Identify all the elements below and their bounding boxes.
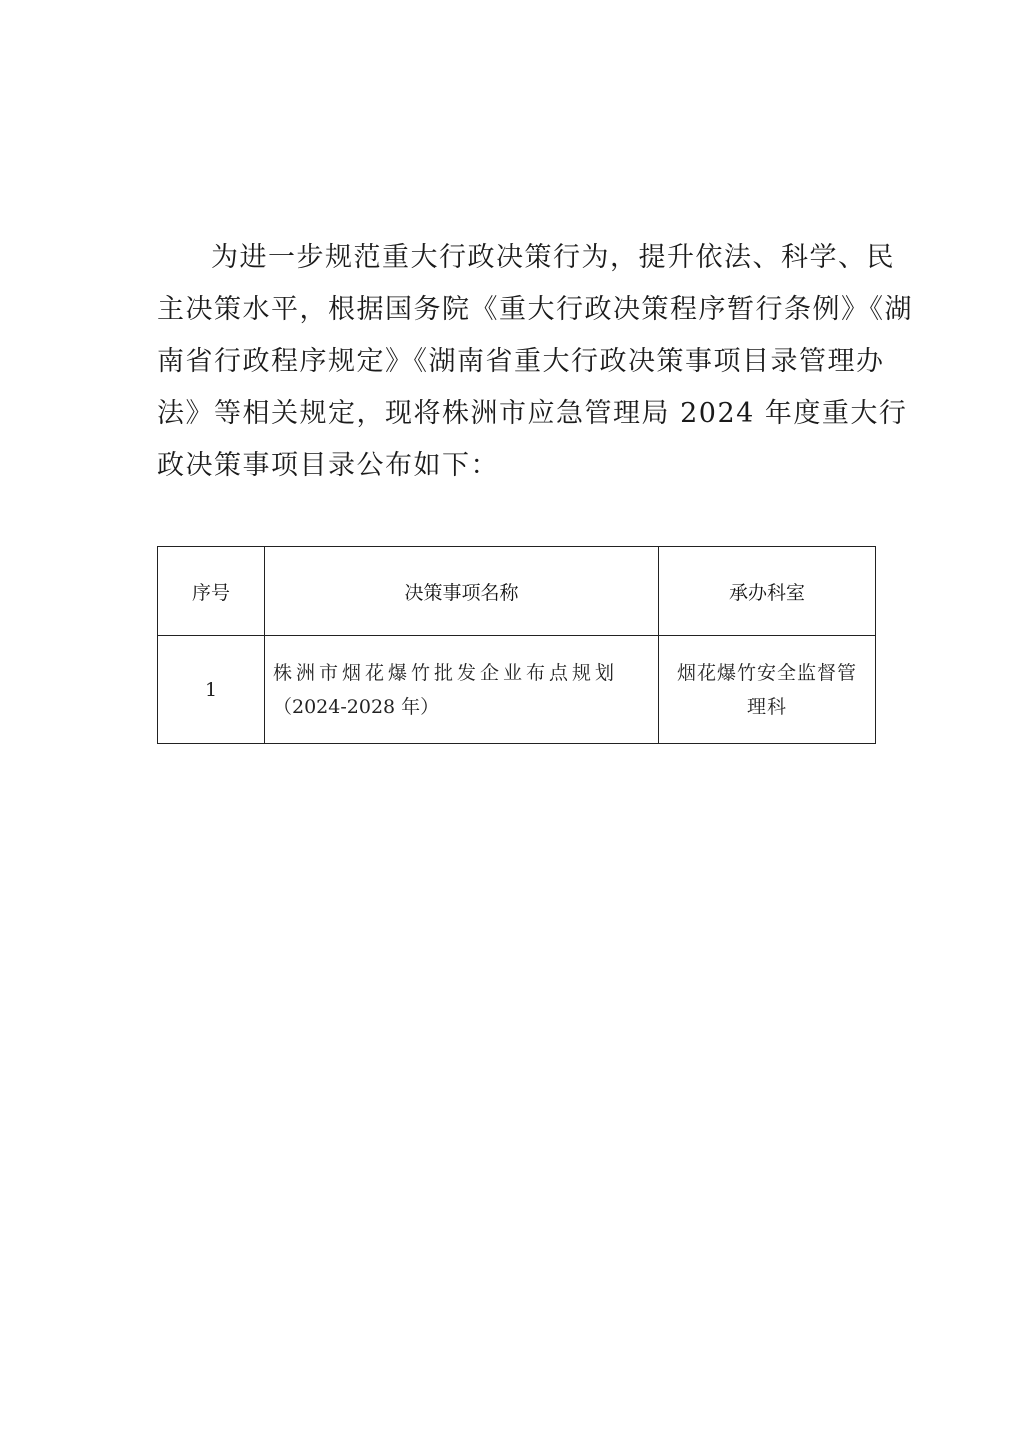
- decision-items-table: 序号 决策事项名称 承办科室 1 株洲市烟花爆竹批发企业布点规划 （2024-2…: [157, 546, 876, 744]
- row-index: 1: [158, 636, 265, 744]
- paragraph-line: 为进一步规范重大行政决策行为，提升依法、科学、民: [157, 232, 877, 284]
- department-line: 烟花爆竹安全监督管: [669, 656, 865, 690]
- header-item-name: 决策事项名称: [265, 547, 659, 636]
- item-name-period: （2024-2028 年）: [273, 690, 650, 724]
- table-header-row: 序号 决策事项名称 承办科室: [158, 547, 876, 636]
- table-row: 1 株洲市烟花爆竹批发企业布点规划 （2024-2028 年） 烟花爆竹安全监督…: [158, 636, 876, 744]
- header-index: 序号: [158, 547, 265, 636]
- paragraph-line: 政决策事项目录公布如下：: [157, 440, 877, 492]
- row-department: 烟花爆竹安全监督管 理科: [659, 636, 876, 744]
- intro-paragraph: 为进一步规范重大行政决策行为，提升依法、科学、民 主决策水平，根据国务院《重大行…: [157, 232, 877, 492]
- paragraph-line: 法》等相关规定，现将株洲市应急管理局 2024 年度重大行: [157, 388, 877, 440]
- item-name-line: 株洲市烟花爆竹批发企业布点规划: [273, 656, 650, 690]
- department-line: 理科: [669, 690, 865, 724]
- row-item-name: 株洲市烟花爆竹批发企业布点规划 （2024-2028 年）: [265, 636, 659, 744]
- paragraph-line: 主决策水平，根据国务院《重大行政决策程序暂行条例》《湖: [157, 284, 877, 336]
- paragraph-line: 南省行政程序规定》《湖南省重大行政决策事项目录管理办: [157, 336, 877, 388]
- header-department: 承办科室: [659, 547, 876, 636]
